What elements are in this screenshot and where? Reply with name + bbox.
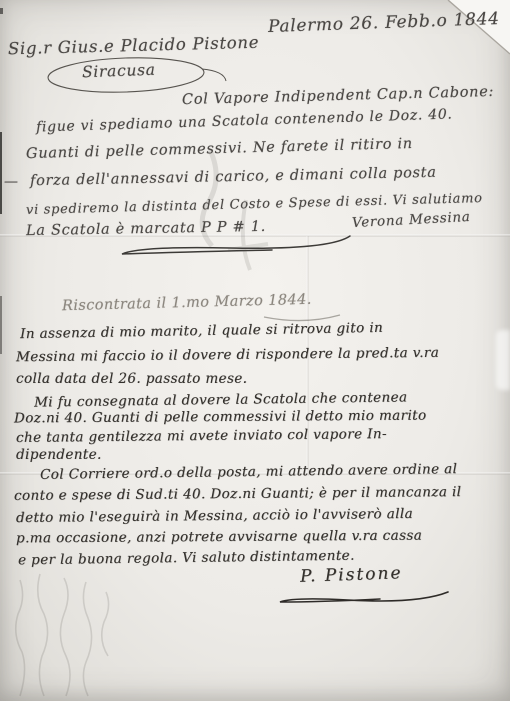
reply-body-line: Messina mi faccio io il dovere di rispon… xyxy=(16,345,439,365)
reply-signature: P. Pistone xyxy=(300,563,403,587)
faint-margin-scribbles xyxy=(6,572,146,701)
letter-signature: Verona Messina xyxy=(352,209,471,231)
reply-body-line: Doz.ni 40. Guanti di pelle commessivi il… xyxy=(14,408,427,427)
reply-body-line: Col Corriere ord.o della posta, mi atten… xyxy=(40,461,457,483)
reply-body-line: colla data del 26. passato mese. xyxy=(16,371,247,387)
letter-body-line: figue vi spediamo una Scatola contenendo… xyxy=(36,106,453,135)
reply-body-line: e per la buona regola. Vi saluto distint… xyxy=(18,548,355,569)
reply-body-line: che tanta gentilezza mi avete inviato co… xyxy=(16,426,387,446)
reply-body-line: conto e spese di Sud.ti 40. Doz.ni Guant… xyxy=(14,484,462,504)
signature-underline-flourish xyxy=(278,588,453,608)
letter-addressee-city: Siracusa xyxy=(82,61,156,82)
scan-edge-artifact xyxy=(0,132,2,214)
faint-pencil-scribbles xyxy=(150,140,310,310)
reply-body-line: dipendente. xyxy=(16,447,102,463)
reply-body-line: In assenza di mio marito, il quale si ri… xyxy=(20,320,383,342)
torn-edge-highlight xyxy=(496,330,510,390)
scanned-letter-page: Palermo 26. Febb.o 1844 Sig.r Gius.e Pla… xyxy=(0,0,510,701)
margin-dash: — xyxy=(4,174,19,190)
reply-body-line: p.ma occasione, anzi potrete avvisarne q… xyxy=(16,528,422,547)
scan-edge-artifact xyxy=(0,296,2,354)
scan-edge-artifact xyxy=(0,8,3,14)
reply-body-line: detto mio l'eseguirà in Messina, acciò i… xyxy=(16,506,413,526)
